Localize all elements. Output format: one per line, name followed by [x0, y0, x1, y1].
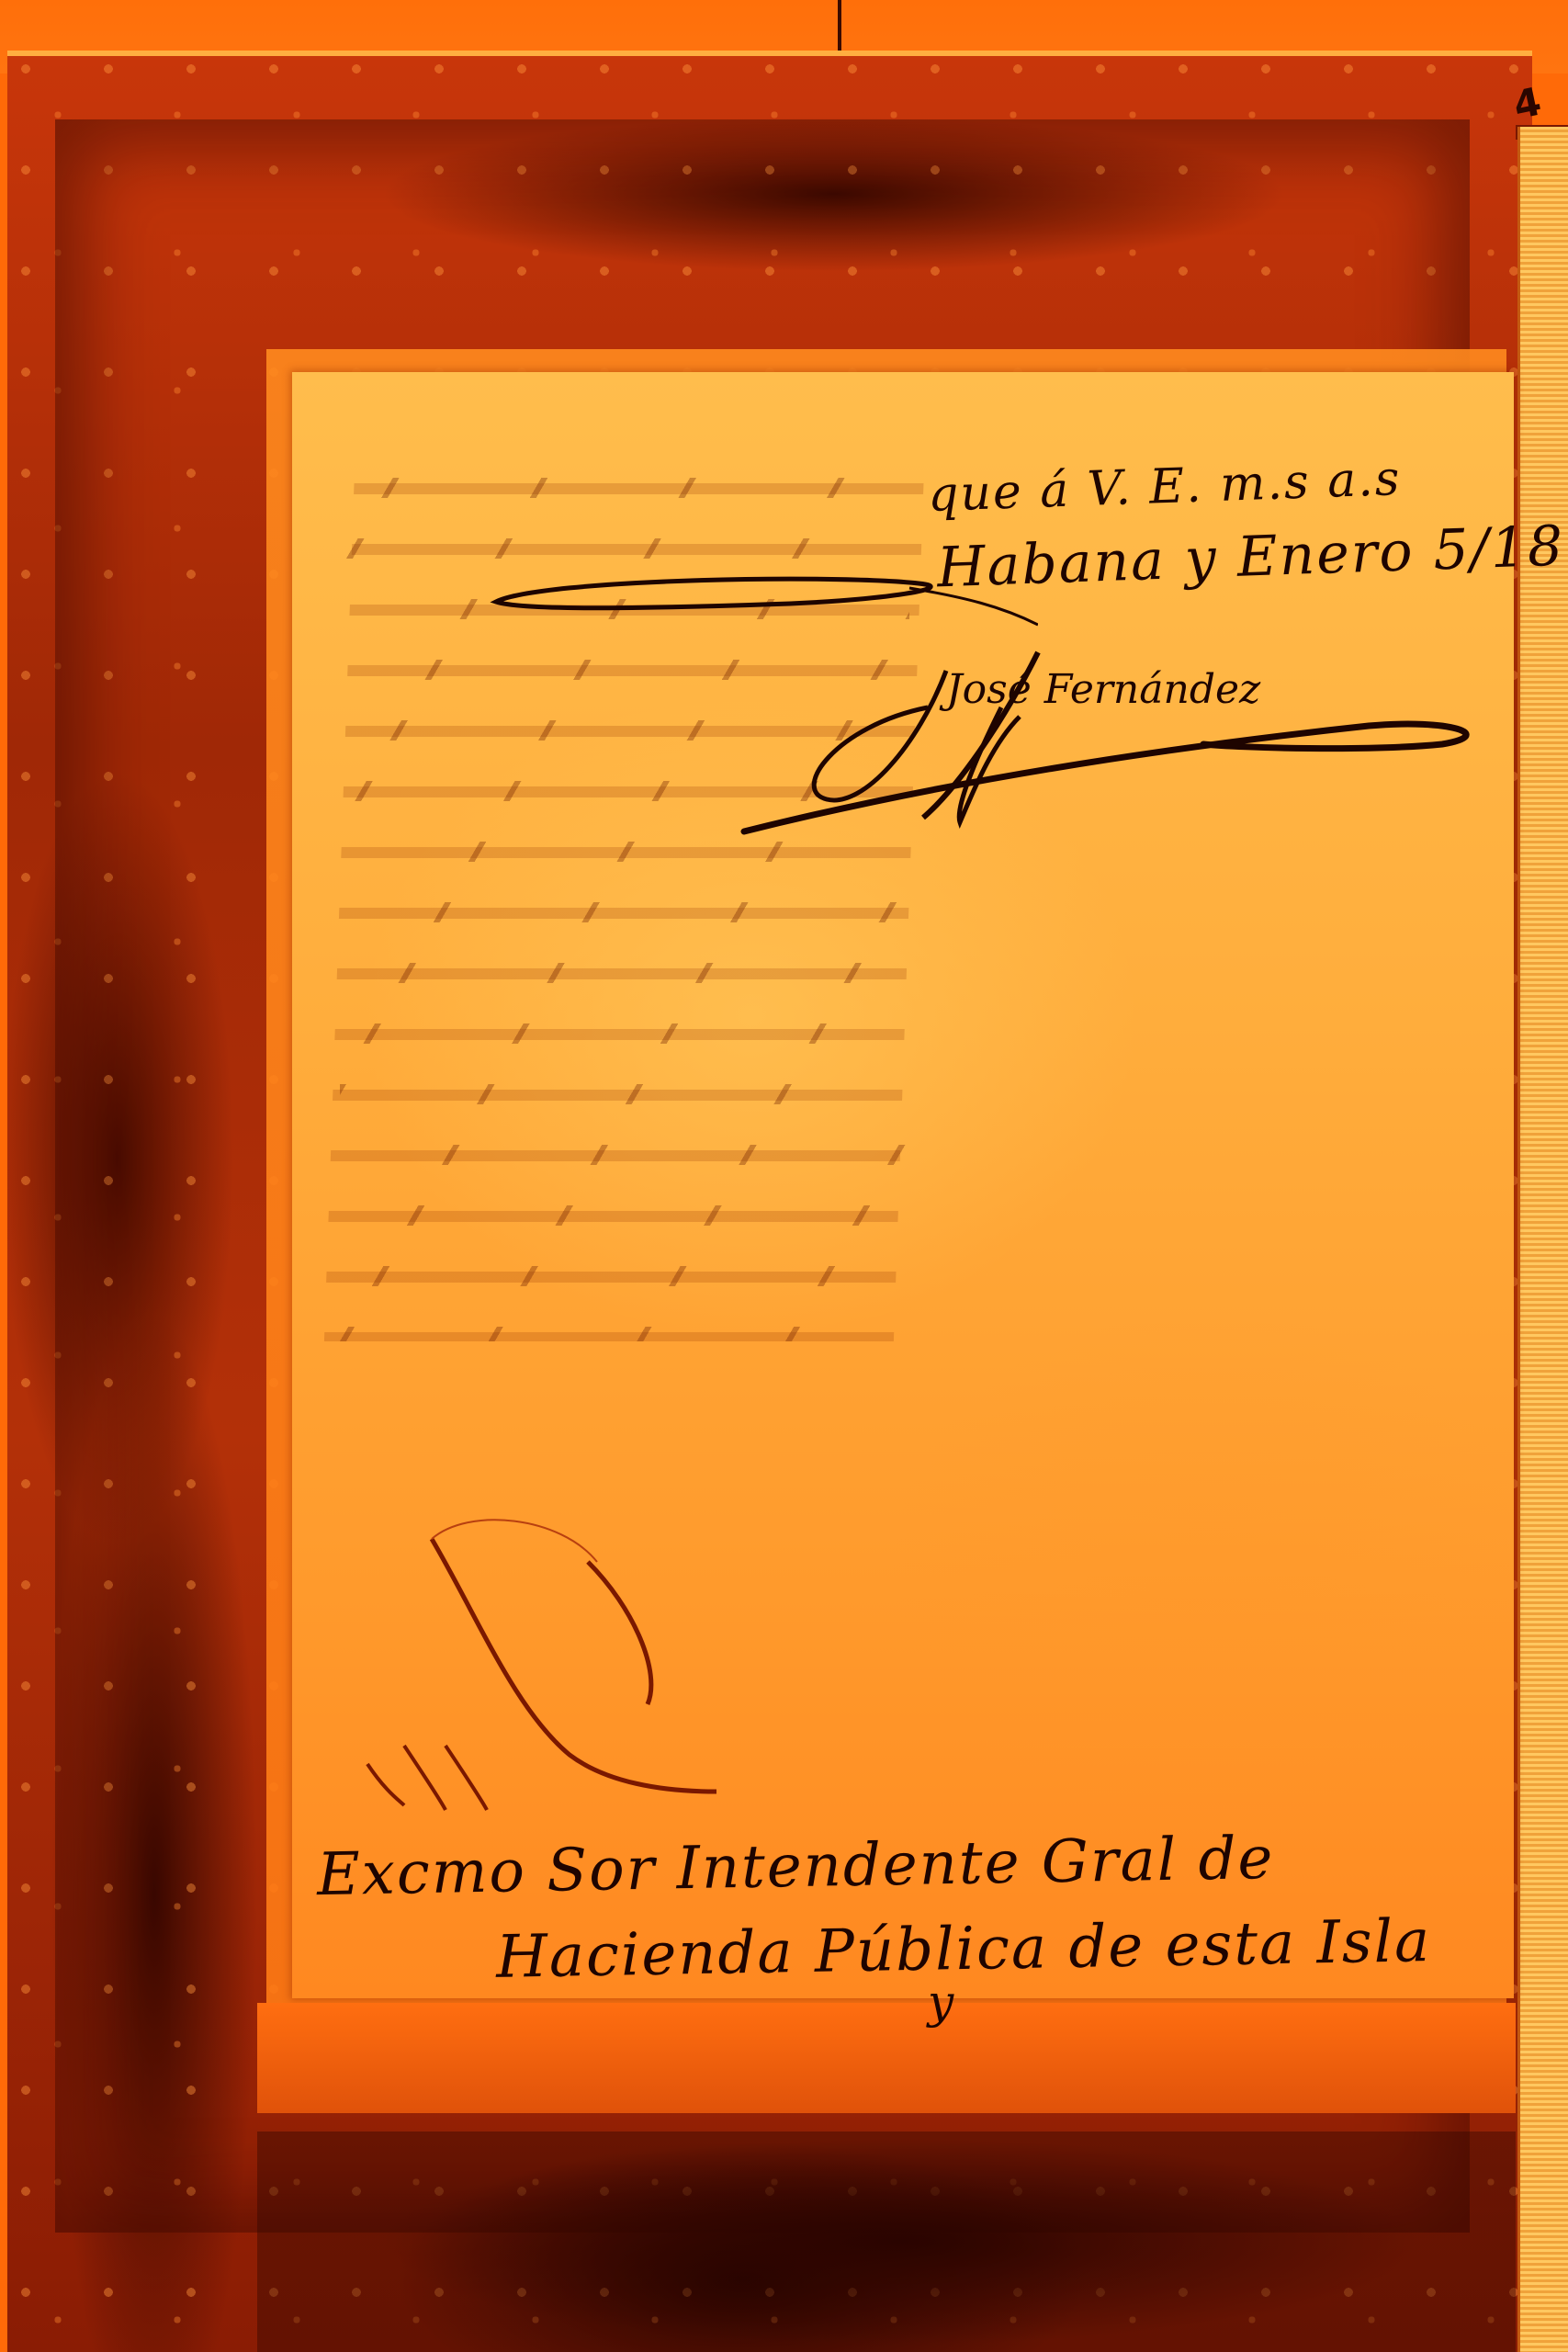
bottom-mark: y [928, 1975, 955, 2029]
lower-mat-edge [257, 2003, 1516, 2113]
textile-spine [1517, 127, 1568, 2352]
hanging-string [838, 0, 841, 57]
decorative-flourish-icon [331, 1488, 772, 1819]
archival-photo: 4 que á V. E. m.s a.s Habana y Enero 5/1… [0, 0, 1568, 2352]
binding-stain [257, 2131, 1516, 2352]
signature-icon: José Fernández [726, 634, 1497, 854]
svg-text:José Fernández: José Fernández [939, 666, 1261, 713]
